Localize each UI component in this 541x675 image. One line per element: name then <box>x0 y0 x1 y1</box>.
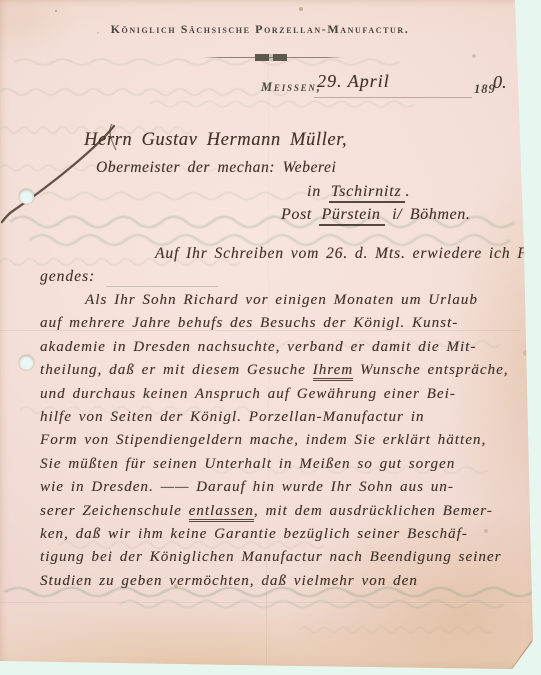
letter-paper: Königlich Sächsische Porzellan-Manufactu… <box>0 0 541 675</box>
dog-ear-corner-fold <box>0 0 541 675</box>
scanned-letter: Königlich Sächsische Porzellan-Manufactu… <box>0 0 541 675</box>
